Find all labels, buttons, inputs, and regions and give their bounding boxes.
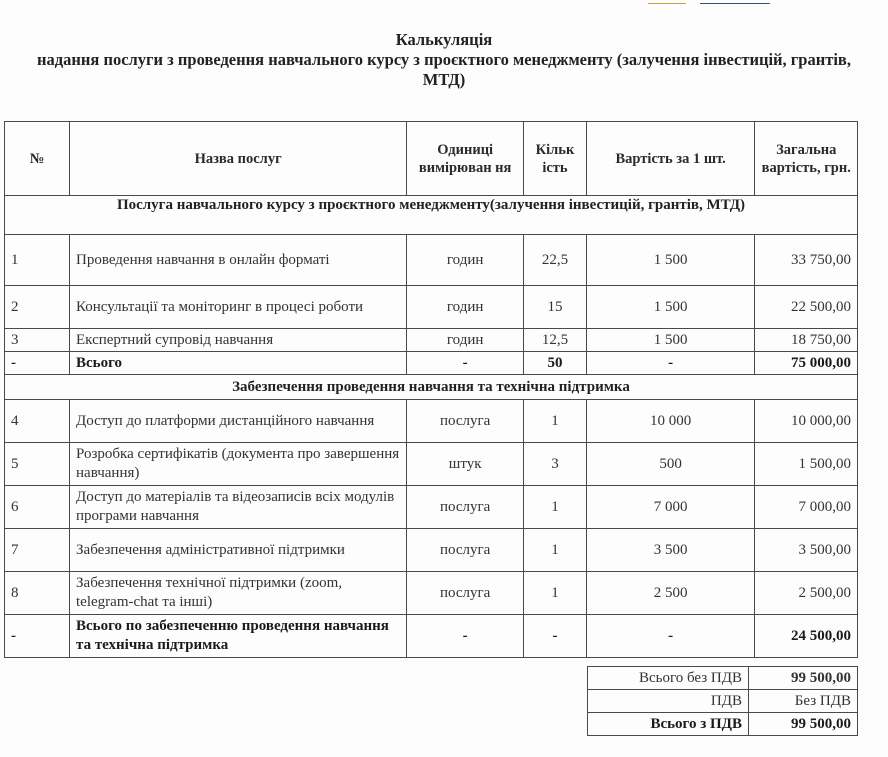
cell-no: 4 [5, 400, 70, 443]
cell-total: 18 750,00 [755, 329, 858, 352]
cell-total: 3 500,00 [755, 529, 858, 572]
document-subtitle: надання послуги з проведення навчального… [0, 50, 888, 90]
cell-name: Забезпечення адміністративної підтримки [70, 529, 407, 572]
cell-no: 3 [5, 329, 70, 352]
cell-no: 6 [5, 486, 70, 529]
cell-no: - [5, 352, 70, 375]
section-header-row: Послуга навчального курсу з проєктного м… [5, 196, 858, 235]
table-row: 6 Доступ до матеріалів та відеозаписів в… [5, 486, 858, 529]
summary-value: Без ПДВ [749, 690, 858, 713]
cell-price: 2 500 [586, 572, 755, 615]
table-row: 7 Забезпечення адміністративної підтримк… [5, 529, 858, 572]
section-title: Послуга навчального курсу з проєктного м… [5, 196, 858, 235]
cell-name: Всього [70, 352, 407, 375]
column-header-name: Назва послуг [70, 122, 407, 196]
cell-total: 75 000,00 [755, 352, 858, 375]
cell-price: 1 500 [586, 329, 755, 352]
cell-unit: - [407, 615, 524, 658]
cell-qty: 1 [524, 529, 587, 572]
summary-value: 99 500,00 [749, 667, 858, 690]
column-header-no: № [5, 122, 70, 196]
cell-no: 8 [5, 572, 70, 615]
column-header-total: Загальна вартість, грн. [755, 122, 858, 196]
cell-unit: послуга [407, 529, 524, 572]
cell-total: 1 500,00 [755, 443, 858, 486]
section-title: Забезпечення проведення навчання та техн… [5, 375, 858, 400]
subtotal-row: - Всього - 50 - 75 000,00 [5, 352, 858, 375]
cell-total: 10 000,00 [755, 400, 858, 443]
cell-unit: послуга [407, 400, 524, 443]
cell-price: 3 500 [586, 529, 755, 572]
cell-price: - [586, 615, 755, 658]
cell-unit: годин [407, 286, 524, 329]
cell-name: Всього по забезпеченню проведення навчан… [70, 615, 407, 658]
cell-no: 2 [5, 286, 70, 329]
table-row: 1 Проведення навчання в онлайн форматі г… [5, 235, 858, 286]
summary-label: Всього без ПДВ [588, 667, 749, 690]
cell-name: Доступ до матеріалів та відеозаписів всі… [70, 486, 407, 529]
cell-unit: послуга [407, 572, 524, 615]
table-row: 8 Забезпечення технічної підтримки (zoom… [5, 572, 858, 615]
cell-unit: - [407, 352, 524, 375]
cell-qty: 50 [524, 352, 587, 375]
table-row: 4 Доступ до платформи дистанційного навч… [5, 400, 858, 443]
cell-name: Забезпечення технічної підтримки (zoom, … [70, 572, 407, 615]
cell-no: 1 [5, 235, 70, 286]
cell-qty: 1 [524, 572, 587, 615]
cell-qty: 22,5 [524, 235, 587, 286]
cell-price: 1 500 [586, 286, 755, 329]
column-header-unit: Одиниці вимірюван ня [407, 122, 524, 196]
cell-no: - [5, 615, 70, 658]
summary-label: Всього з ПДВ [588, 713, 749, 736]
cell-no: 5 [5, 443, 70, 486]
cell-total: 22 500,00 [755, 286, 858, 329]
cell-price: 7 000 [586, 486, 755, 529]
cell-qty: 3 [524, 443, 587, 486]
summary-row-with-vat: Всього з ПДВ 99 500,00 [588, 713, 858, 736]
summary-table: Всього без ПДВ 99 500,00 ПДВ Без ПДВ Всь… [587, 666, 858, 736]
cell-qty: 12,5 [524, 329, 587, 352]
cell-unit: штук [407, 443, 524, 486]
table-header-row: № Назва послуг Одиниці вимірюван ня Кіль… [5, 122, 858, 196]
cell-qty: 1 [524, 400, 587, 443]
cell-name: Консультації та моніторинг в процесі роб… [70, 286, 407, 329]
document-title: Калькуляція [0, 30, 888, 50]
cell-name: Розробка сертифікатів (документа про зав… [70, 443, 407, 486]
page-header-fragment [628, 0, 888, 8]
table-row: 5 Розробка сертифікатів (документа про з… [5, 443, 858, 486]
cell-unit: годин [407, 329, 524, 352]
table-row: 3 Експертний супровід навчання годин 12,… [5, 329, 858, 352]
cell-price: 10 000 [586, 400, 755, 443]
cell-total: 24 500,00 [755, 615, 858, 658]
cell-name: Експертний супровід навчання [70, 329, 407, 352]
subtotal-row: - Всього по забезпеченню проведення навч… [5, 615, 858, 658]
column-header-price: Вартість за 1 шт. [586, 122, 755, 196]
summary-value: 99 500,00 [749, 713, 858, 736]
cell-no: 7 [5, 529, 70, 572]
calculation-table: № Назва послуг Одиниці вимірюван ня Кіль… [4, 121, 858, 658]
cell-qty: - [524, 615, 587, 658]
cell-total: 7 000,00 [755, 486, 858, 529]
cell-name: Проведення навчання в онлайн форматі [70, 235, 407, 286]
column-header-qty: Кільк ість [524, 122, 587, 196]
cell-qty: 15 [524, 286, 587, 329]
cell-price: 1 500 [586, 235, 755, 286]
section-header-row: Забезпечення проведення навчання та техн… [5, 375, 858, 400]
header-underline-mark [700, 3, 770, 4]
cell-total: 33 750,00 [755, 235, 858, 286]
header-underline-mark [648, 3, 686, 4]
summary-row-without-vat: Всього без ПДВ 99 500,00 [588, 667, 858, 690]
cell-unit: годин [407, 235, 524, 286]
cell-price: - [586, 352, 755, 375]
document-page: Калькуляція надання послуги з проведення… [0, 0, 888, 757]
summary-label: ПДВ [588, 690, 749, 713]
cell-qty: 1 [524, 486, 587, 529]
cell-price: 500 [586, 443, 755, 486]
table-row: 2 Консультації та моніторинг в процесі р… [5, 286, 858, 329]
summary-row-vat: ПДВ Без ПДВ [588, 690, 858, 713]
cell-total: 2 500,00 [755, 572, 858, 615]
cell-unit: послуга [407, 486, 524, 529]
document-title-block: Калькуляція надання послуги з проведення… [0, 30, 888, 90]
cell-name: Доступ до платформи дистанційного навчан… [70, 400, 407, 443]
